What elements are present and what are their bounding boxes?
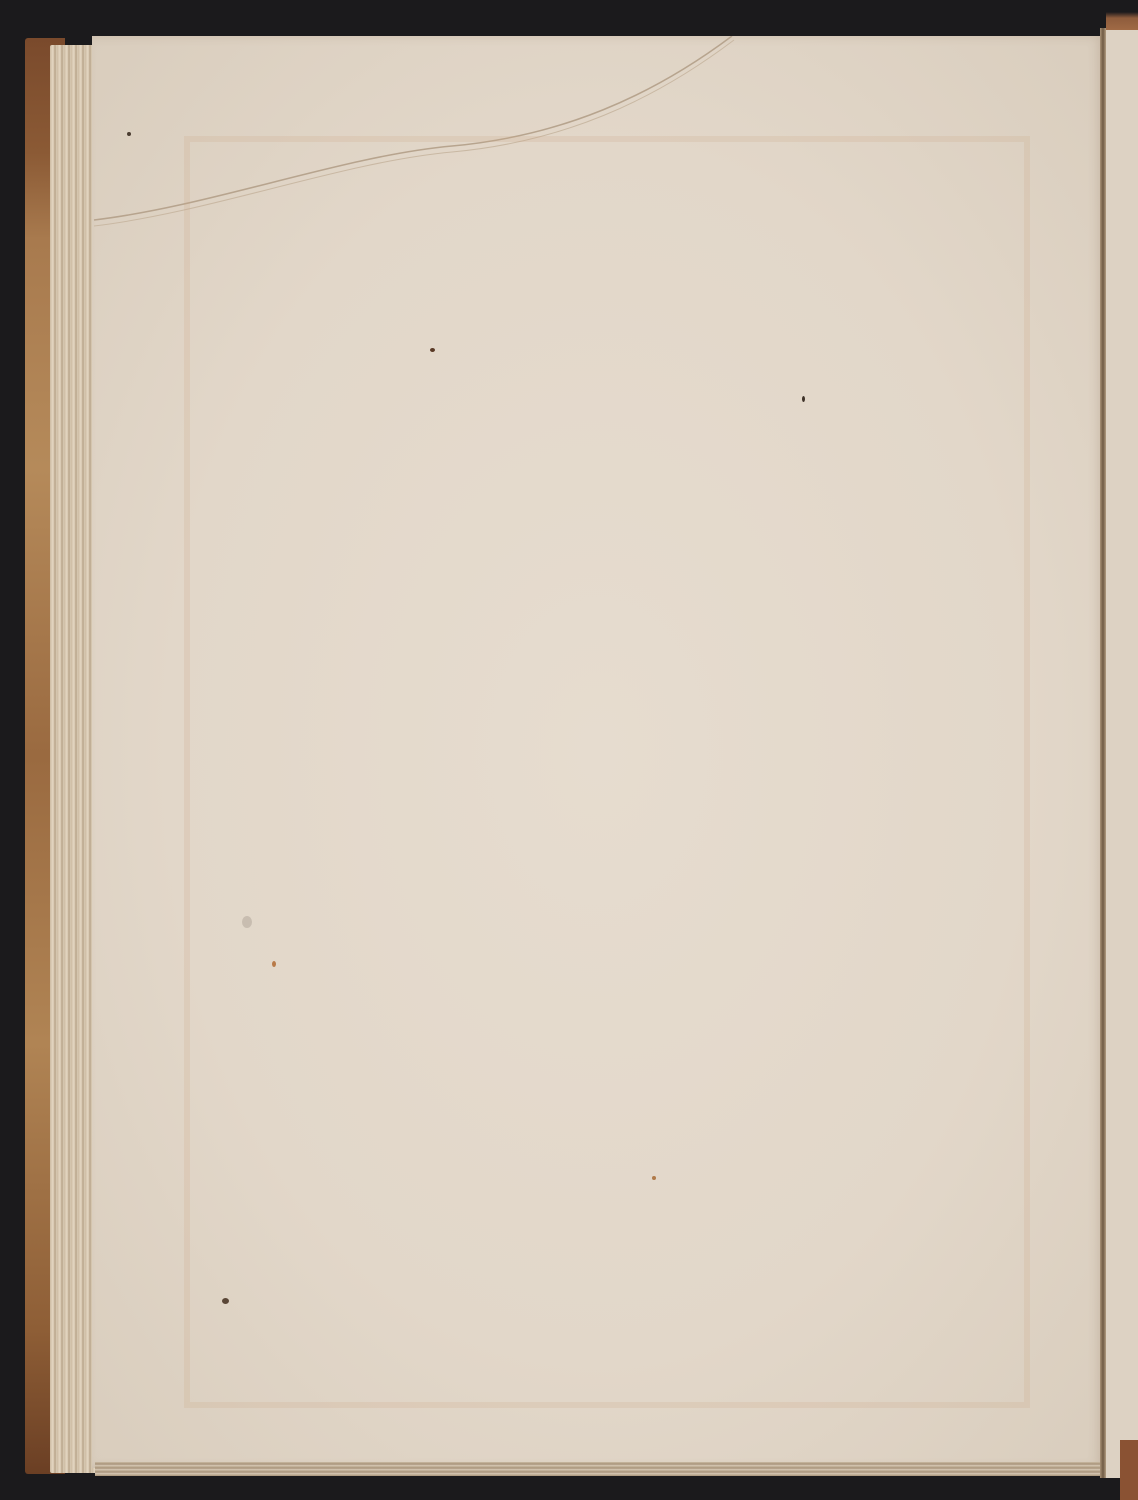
paper-speck [127,132,131,136]
paper-speck [430,348,435,352]
paper-speck [652,1176,656,1180]
leather-binding-right-bottom [1120,1440,1138,1500]
paper-speck [242,916,252,928]
plate-mark-rectangle [184,136,1030,1408]
paper-speck [802,396,805,402]
blank-book-page [92,36,1104,1468]
facing-page-sliver [1106,30,1138,1478]
paper-speck [222,1298,229,1304]
page-bottom-edge [95,1462,1105,1476]
leather-binding-right-top [1106,0,1138,30]
paper-speck [272,961,276,967]
